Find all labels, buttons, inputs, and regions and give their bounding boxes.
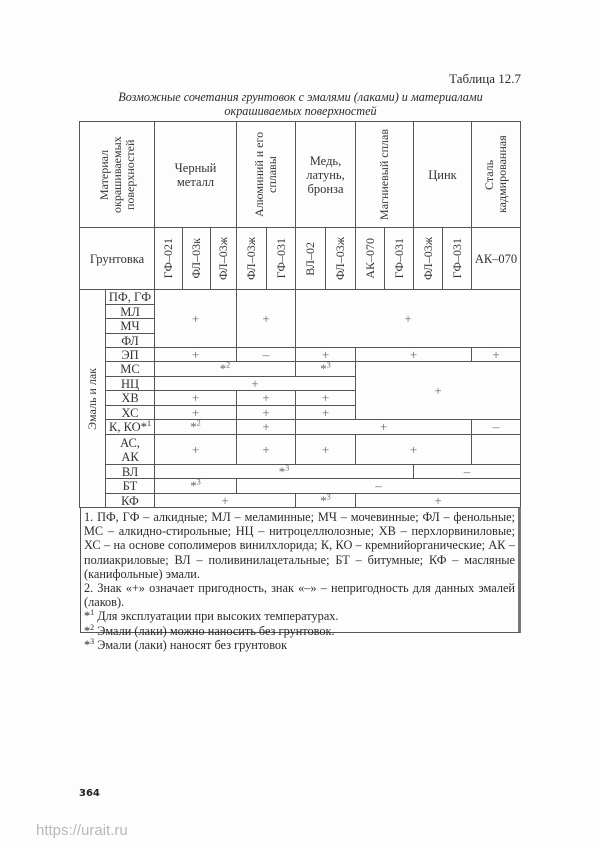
header-primer: ГФ–031 <box>384 227 414 290</box>
compatibility-cell-text: + <box>192 312 199 326</box>
compatibility-cell: + <box>471 347 521 362</box>
header-primer-text: ФЛ–03ж <box>217 237 230 280</box>
header-primer-text: ГФ–021 <box>162 238 175 278</box>
enamel-row-label: К, КО*1 <box>105 419 155 435</box>
header-primer: ГФ–031 <box>266 227 296 290</box>
compatibility-cell: + <box>154 289 237 348</box>
header-material-5: Сталь кадмированная <box>471 121 521 228</box>
enamel-row-label: БТ <box>105 478 155 494</box>
enamel-row-label-text: АС, АК <box>120 436 140 464</box>
compatibility-cell: – <box>471 419 521 435</box>
enamel-row-label: ВЛ <box>105 464 155 479</box>
header-primer: ФЛ–03ж <box>236 227 267 290</box>
enamel-row-label-text: ХВ <box>121 391 138 405</box>
compatibility-cell: *3 <box>295 361 356 377</box>
compatibility-cell: – <box>236 347 296 362</box>
compatibility-cell: + <box>236 390 296 406</box>
compatibility-cell-text: + <box>410 443 417 457</box>
header-primer-text: ФЛ–03ж <box>422 237 435 280</box>
enamel-row-label-text: МЛ <box>120 305 140 319</box>
header-primer: АК–070 <box>471 227 521 290</box>
compatibility-cell: – <box>236 478 521 494</box>
compatibility-cell-text: *3 <box>320 362 331 376</box>
compatibility-cell-text: + <box>322 406 329 420</box>
compatibility-cell: *3 <box>154 478 237 494</box>
page-number: 364 <box>79 788 100 799</box>
enamel-row-label-text: МС <box>120 362 139 376</box>
compatibility-cell-text: + <box>434 494 441 508</box>
enamel-row-label-text: МЧ <box>120 319 139 333</box>
compatibility-cell <box>471 434 521 465</box>
compatibility-cell-text: – <box>493 420 500 434</box>
compatibility-cell: + <box>236 434 296 465</box>
header-material-label-text: Материал окрашиваемых поверхностей <box>98 122 137 227</box>
header-primer-text: ГФ–031 <box>393 238 406 278</box>
compatibility-cell-text: + <box>492 348 499 362</box>
header-material-label: Материал окрашиваемых поверхностей <box>79 121 155 228</box>
header-material-5-text: Сталь кадмированная <box>483 122 509 227</box>
header-primer-text: АК–070 <box>364 238 377 279</box>
enamel-row-label: ПФ, ГФ <box>105 289 155 305</box>
enamel-row-label: МЧ <box>105 318 155 334</box>
note-4: *2 Эмали (лаки) можно наносить без грунт… <box>84 624 515 638</box>
compatibility-cell: + <box>154 347 237 362</box>
compatibility-cell: *2 <box>154 419 237 435</box>
table-number: Таблица 12.7 <box>449 71 521 87</box>
compatibility-cell: + <box>154 405 237 420</box>
header-primer-text: ГФ–031 <box>275 238 288 278</box>
enamel-row-label: МС <box>105 361 155 377</box>
table-notes: 1. ПФ, ГФ – алкидные; МЛ – меламинные; М… <box>80 507 521 633</box>
enamel-group-label: Эмаль и лак <box>79 289 106 508</box>
compatibility-cell-text: + <box>434 384 441 398</box>
compatibility-cell-text: *2 <box>190 420 201 434</box>
header-primer: ФЛ–03ж <box>325 227 356 290</box>
compatibility-cell-text: + <box>262 312 269 326</box>
compatibility-cell: + <box>355 434 472 465</box>
compatibility-cell-text: + <box>262 406 269 420</box>
compatibility-cell: + <box>355 347 472 362</box>
compatibility-cell: + <box>154 390 237 406</box>
compatibility-cell: + <box>295 390 356 406</box>
compatibility-cell-text: – <box>375 479 382 493</box>
header-material-3: Магниевый сплав <box>355 121 414 228</box>
header-primer: ГФ–021 <box>154 227 183 290</box>
compatibility-cell-text: + <box>192 443 199 457</box>
compatibility-cell-text: + <box>262 391 269 405</box>
compatibility-cell: *3 <box>295 493 356 508</box>
header-primer-label: Грунтовка <box>79 227 155 290</box>
enamel-row-label: МЛ <box>105 304 155 319</box>
compatibility-cell-text: + <box>192 348 199 362</box>
header-primer: ГФ–031 <box>442 227 472 290</box>
note-5: *3 Эмали (лаки) наносят без грунтовок <box>84 638 515 652</box>
header-primer: ФЛ–03ж <box>413 227 443 290</box>
enamel-row-label: ЭП <box>105 347 155 362</box>
header-primer-text: АК–070 <box>475 252 517 266</box>
compatibility-cell-text: – <box>464 465 471 479</box>
note-2: 2. Знак «+» означает пригодность, знак «… <box>84 581 515 609</box>
compatibility-cell-text: + <box>380 420 387 434</box>
enamel-group-label-text: Эмаль и лак <box>86 368 99 430</box>
enamel-row-label-text: БТ <box>123 479 138 493</box>
header-primer: АК–070 <box>355 227 385 290</box>
compatibility-cell-text: + <box>404 312 411 326</box>
compatibility-cell-text: – <box>263 348 270 362</box>
header-primer-text: ВЛ–02 <box>304 242 317 276</box>
header-material-1: Алюминий и его сплавы <box>236 121 296 228</box>
note-3: *1 Для эксплуатации при высоких температ… <box>84 609 515 623</box>
compatibility-cell: + <box>295 419 472 435</box>
compatibility-cell-text: + <box>322 348 329 362</box>
header-primer-text: ФЛ–03к <box>190 238 203 279</box>
header-primer: ФЛ–03ж <box>210 227 237 290</box>
compatibility-cell: + <box>295 434 356 465</box>
compatibility-cell: + <box>236 405 296 420</box>
enamel-row-label: АС, АК <box>105 434 155 465</box>
header-material-3-text: Магниевый сплав <box>378 129 391 220</box>
compatibility-cell-text: *3 <box>279 465 290 479</box>
compatibility-cell: *3 <box>154 464 414 479</box>
note-1: 1. ПФ, ГФ – алкидные; МЛ – меламинные; М… <box>84 510 515 581</box>
compatibility-cell-text: + <box>192 391 199 405</box>
header-material-0-text: Черный металл <box>155 161 236 189</box>
header-primer-label-text: Грунтовка <box>90 252 144 266</box>
header-primer-text: ФЛ–03ж <box>334 237 347 280</box>
compatibility-table: Материал окрашиваемых поверхностейЧерный… <box>80 122 521 508</box>
compatibility-cell-text: + <box>221 494 228 508</box>
compatibility-cell: + <box>355 361 521 420</box>
enamel-row-label: ХС <box>105 405 155 420</box>
header-primer-text: ФЛ–03ж <box>245 237 258 280</box>
header-primer: ВЛ–02 <box>295 227 326 290</box>
enamel-row-label-text: ХС <box>122 406 139 420</box>
header-primer-text: ГФ–031 <box>451 238 464 278</box>
header-primer: ФЛ–03к <box>182 227 211 290</box>
watermark-link[interactable]: https://urait.ru <box>36 822 128 839</box>
enamel-row-label: НЦ <box>105 376 155 391</box>
compatibility-cell-text: + <box>322 391 329 405</box>
header-material-2: Медь, латунь, бронза <box>295 121 356 228</box>
enamel-row-label-text: ФЛ <box>121 334 138 348</box>
compatibility-cell-text: + <box>251 377 258 391</box>
compatibility-cell-text: + <box>192 406 199 420</box>
compatibility-cell: *2 <box>154 361 296 377</box>
compatibility-cell-text: + <box>322 443 329 457</box>
enamel-row-label-text: НЦ <box>121 377 139 391</box>
table-caption: Возможные сочетания грунтовок с эмалями … <box>80 90 521 118</box>
header-material-2-text: Медь, латунь, бронза <box>296 154 355 196</box>
compatibility-cell: + <box>154 434 237 465</box>
compatibility-cell-text: *2 <box>220 362 231 376</box>
compatibility-cell: + <box>295 347 356 362</box>
compatibility-cell: + <box>236 289 296 348</box>
header-material-4-text: Цинк <box>428 168 456 182</box>
compatibility-cell-text: + <box>262 443 269 457</box>
enamel-row-label: ФЛ <box>105 333 155 348</box>
enamel-row-label-text: КФ <box>121 494 139 508</box>
compatibility-cell: + <box>295 289 521 348</box>
compatibility-cell: + <box>154 376 356 391</box>
compatibility-cell: – <box>413 464 521 479</box>
header-material-1-text: Алюминий и его сплавы <box>253 122 279 227</box>
enamel-row-label-text: ПФ, ГФ <box>109 290 151 304</box>
header-material-0: Черный металл <box>154 121 237 228</box>
compatibility-cell-text: *3 <box>320 494 331 508</box>
enamel-row-label-text: К, КО*1 <box>109 420 151 434</box>
compatibility-cell-text: + <box>262 420 269 434</box>
compatibility-cell-text: *3 <box>190 479 201 493</box>
compatibility-cell: + <box>355 493 521 508</box>
enamel-row-label-text: ЭП <box>121 348 138 362</box>
header-material-4: Цинк <box>413 121 472 228</box>
enamel-row-label: КФ <box>105 493 155 508</box>
compatibility-cell-text: + <box>410 348 417 362</box>
compatibility-cell: + <box>236 419 296 435</box>
compatibility-cell: + <box>154 493 296 508</box>
enamel-row-label-text: ВЛ <box>122 465 138 479</box>
enamel-row-label: ХВ <box>105 390 155 406</box>
compatibility-cell: + <box>295 405 356 420</box>
